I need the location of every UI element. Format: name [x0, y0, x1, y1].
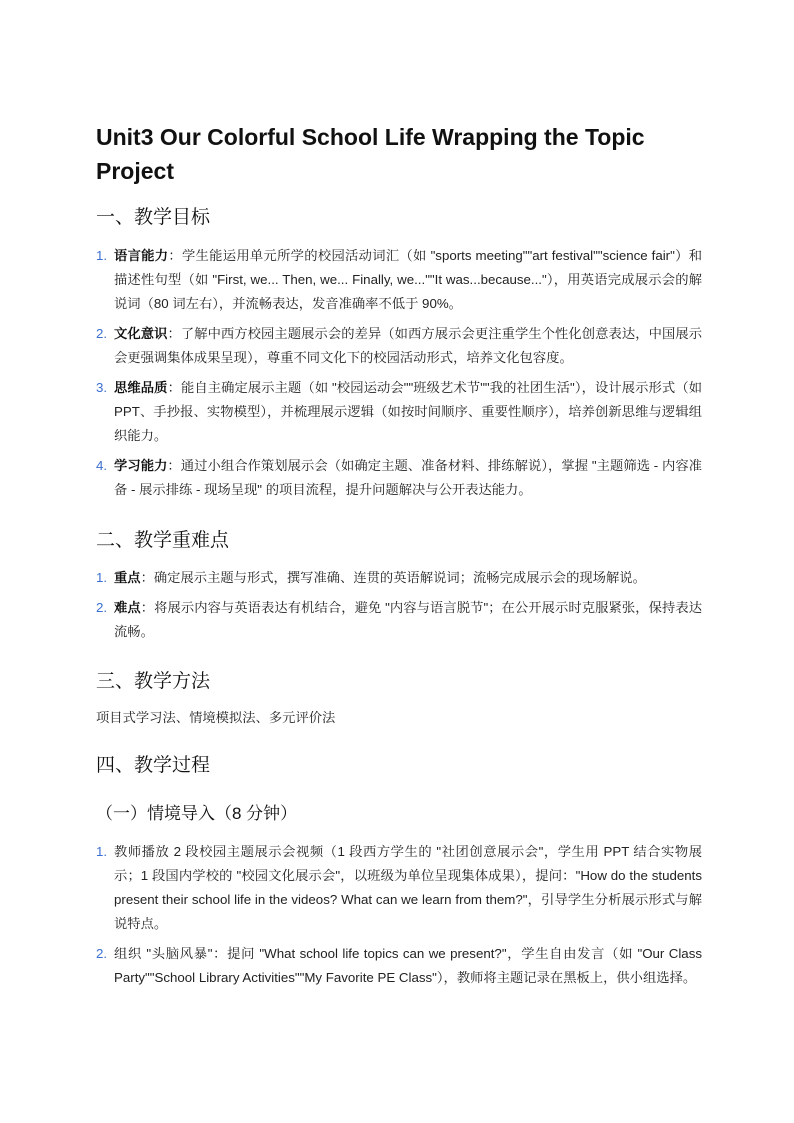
item-lead: 文化意识	[114, 326, 167, 341]
methods-paragraph: 项目式学习法、情境模拟法、多元评价法	[96, 707, 335, 729]
list-item: 1.重点：确定展示主题与形式，撰写准确、连贯的英语解说词；流畅完成展示会的现场解…	[96, 566, 702, 590]
item-text: ：能自主确定展示主题（如 "校园运动会""班级艺术节""我的社团生活"），设计展…	[114, 380, 702, 443]
list-item: 2.文化意识：了解中西方校园主题展示会的差异（如西方展示会更注重学生个性化创意表…	[96, 322, 702, 370]
list-number: 1.	[96, 566, 107, 590]
item-lead: 学习能力	[114, 458, 167, 473]
process-list: 1.教师播放 2 段校园主题展示会视频（1 段西方学生的 "社团创意展示会"，学…	[96, 840, 702, 996]
subsection-heading-situational-intro: （一）情境导入（8 分钟）	[96, 803, 297, 825]
document-title: Unit3 Our Colorful School Life Wrapping …	[96, 120, 702, 188]
item-text: ：学生能运用单元所学的校园活动词汇（如 "sports meeting""art…	[114, 248, 702, 311]
list-number: 4.	[96, 454, 107, 478]
list-number: 2.	[96, 596, 107, 620]
item-lead: 思维品质	[114, 380, 168, 395]
item-text: ：通过小组合作策划展示会（如确定主题、准备材料、排练解说），掌握 "主题筛选 -…	[114, 458, 702, 497]
item-text: 教师播放 2 段校园主题展示会视频（1 段西方学生的 "社团创意展示会"，学生用…	[114, 844, 702, 931]
section-heading-teaching-process: 四、教学过程	[96, 754, 210, 778]
list-item: 1.语言能力：学生能运用单元所学的校园活动词汇（如 "sports meetin…	[96, 244, 702, 316]
list-item: 4.学习能力：通过小组合作策划展示会（如确定主题、准备材料、排练解说），掌握 "…	[96, 454, 702, 502]
item-lead: 重点	[114, 570, 141, 585]
item-text: ：确定展示主题与形式，撰写准确、连贯的英语解说词；流畅完成展示会的现场解说。	[141, 570, 646, 585]
list-number: 1.	[96, 840, 107, 864]
section-heading-teaching-methods: 三、教学方法	[96, 670, 210, 694]
list-number: 1.	[96, 244, 107, 268]
list-number: 2.	[96, 942, 107, 966]
item-text: 组织 "头脑风暴"：提问 "What school life topics ca…	[114, 946, 702, 985]
list-number: 3.	[96, 376, 107, 400]
list-item: 2.组织 "头脑风暴"：提问 "What school life topics …	[96, 942, 702, 990]
list-item: 2.难点：将展示内容与英语表达有机结合，避免 "内容与语言脱节"；在公开展示时克…	[96, 596, 702, 644]
section-heading-teaching-objectives: 一、教学目标	[96, 206, 210, 230]
item-lead: 难点	[114, 600, 141, 615]
list-item: 3.思维品质：能自主确定展示主题（如 "校园运动会""班级艺术节""我的社团生活…	[96, 376, 702, 448]
item-text: ：了解中西方校园主题展示会的差异（如西方展示会更注重学生个性化创意表达，中国展示…	[114, 326, 702, 365]
objectives-list: 1.语言能力：学生能运用单元所学的校园活动词汇（如 "sports meetin…	[96, 244, 702, 508]
list-number: 2.	[96, 322, 107, 346]
key-points-list: 1.重点：确定展示主题与形式，撰写准确、连贯的英语解说词；流畅完成展示会的现场解…	[96, 566, 702, 650]
section-heading-key-difficulties: 二、教学重难点	[96, 529, 229, 553]
item-text: ：将展示内容与英语表达有机结合，避免 "内容与语言脱节"；在公开展示时克服紧张，…	[114, 600, 702, 639]
item-lead: 语言能力	[114, 248, 168, 263]
list-item: 1.教师播放 2 段校园主题展示会视频（1 段西方学生的 "社团创意展示会"，学…	[96, 840, 702, 936]
